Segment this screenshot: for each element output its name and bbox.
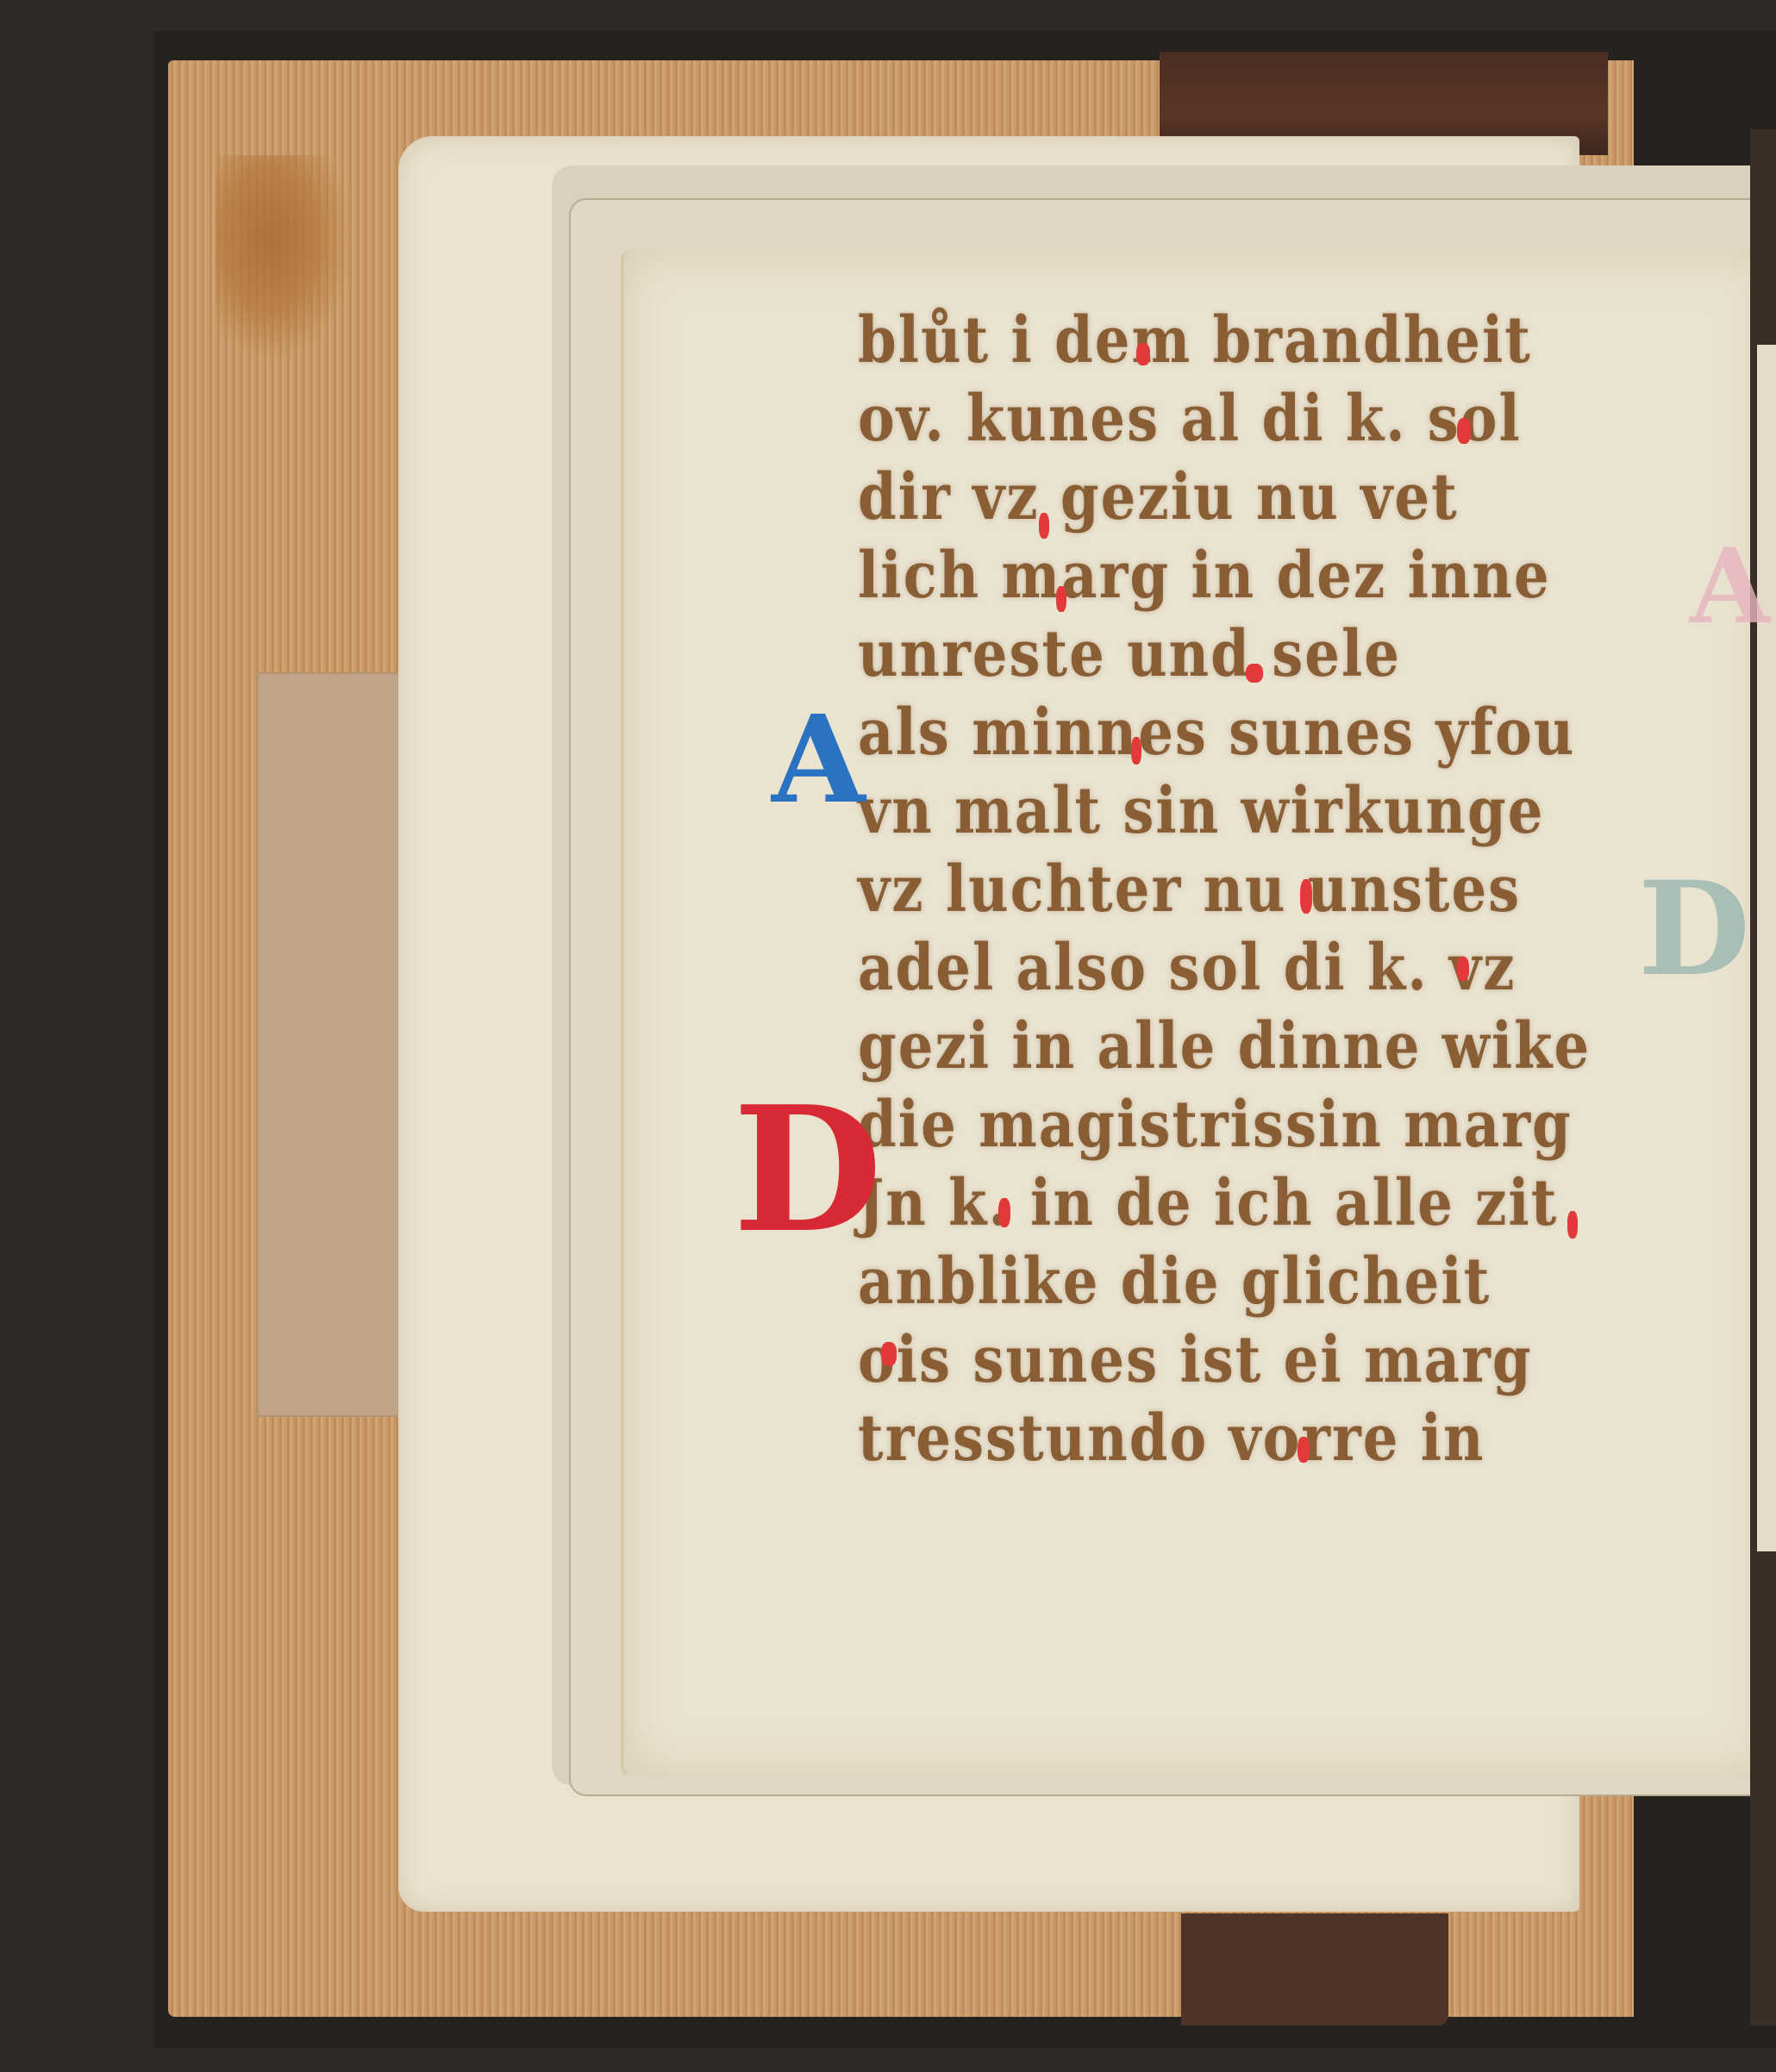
text-line: ois sunes ist ei marg <box>858 1315 1703 1406</box>
text-line: als minnes sunes yfou <box>858 688 1703 778</box>
red-initial-d: D <box>733 1069 882 1271</box>
text-block: blůt i dem brandheit ov. kunes al di k. … <box>858 302 1703 1491</box>
rubric-mark <box>881 1342 897 1366</box>
rubric-mark <box>1300 879 1312 914</box>
text-line: dir vz geziu nu vet <box>858 452 1703 543</box>
text-line: blůt i dem brandheit <box>858 296 1703 386</box>
rubric-mark <box>1246 664 1263 683</box>
text-line: vn malt sin wirkunge <box>858 766 1703 857</box>
text-line: gezi in alle dinne wike <box>858 1002 1703 1092</box>
text-line: ov. kunes al di k. sol <box>858 374 1703 465</box>
rubric-mark <box>1136 343 1150 365</box>
rubric-mark <box>1131 737 1141 765</box>
text-line: lich marg in dez inne <box>858 531 1703 621</box>
text-line: die magistrissin marg <box>858 1080 1703 1170</box>
rubric-mark <box>1457 418 1471 444</box>
rubric-mark <box>1567 1211 1578 1239</box>
rubric-mark <box>1039 513 1049 539</box>
rubric-mark <box>1457 957 1469 981</box>
board-stain <box>216 155 353 362</box>
leather-spine-bottom <box>1181 1913 1448 2025</box>
rubric-mark <box>1056 586 1066 612</box>
text-line: adel also sol di k. vz <box>858 923 1703 1014</box>
rubric-mark <box>1298 1437 1310 1463</box>
blue-initial-a: A <box>772 690 866 831</box>
rubric-mark <box>998 1198 1010 1227</box>
text-line: unreste und sele <box>858 609 1703 700</box>
text-line: anblike die glicheit <box>858 1237 1703 1327</box>
text-line: tresstundo vorre in <box>858 1394 1703 1484</box>
text-line: vz luchter nu unstes <box>858 845 1703 935</box>
